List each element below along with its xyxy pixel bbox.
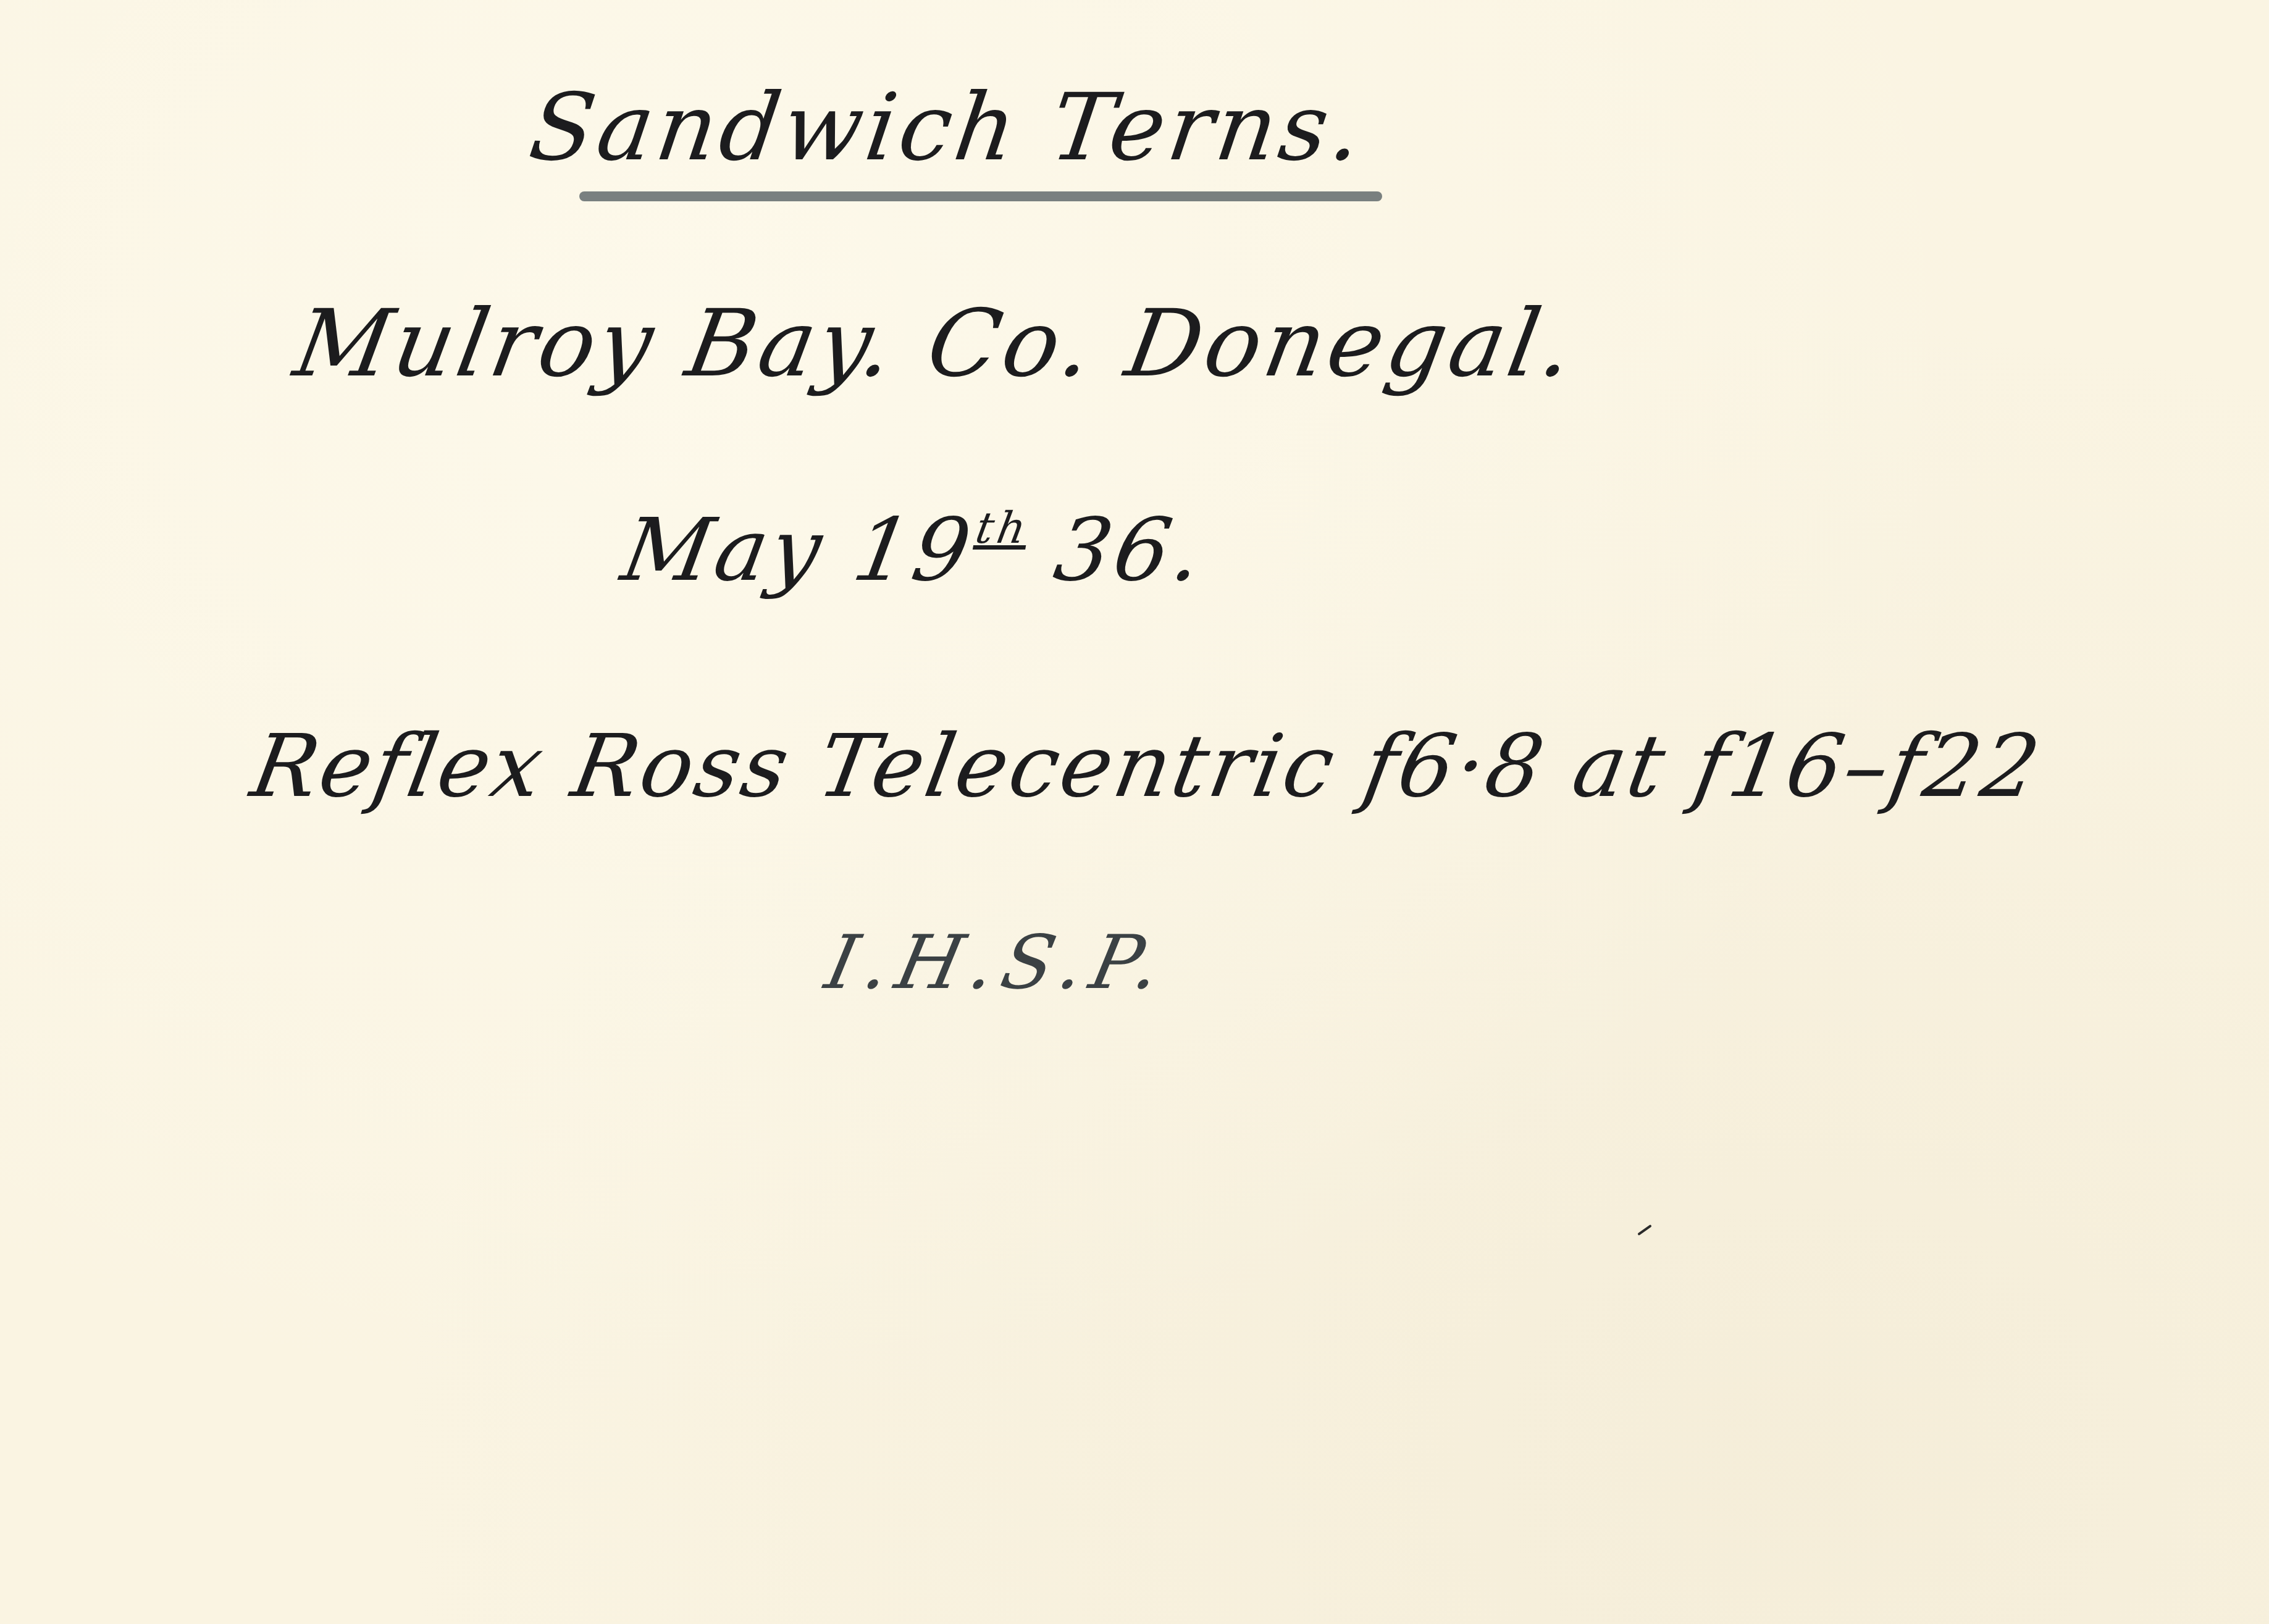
- location-text: Mulroy Bay. Co. Donegal.: [287, 290, 1585, 398]
- location-line: Mulroy Bay. Co. Donegal.: [287, 290, 1585, 398]
- title-text: Sandwich Terns.: [524, 74, 1372, 182]
- equipment-line: Reflex Ross Telecentric f6·8 at f16–f22: [245, 716, 2049, 817]
- date-day-suffix: th: [972, 503, 1034, 553]
- date-line: May 19th 36.: [615, 500, 1214, 601]
- date-year: 36.: [1047, 500, 1214, 601]
- date-month: May: [615, 500, 833, 601]
- initials-line: I.H.S.P.: [818, 920, 1177, 1006]
- ink-mark: [1637, 1224, 1652, 1236]
- date-day: 19: [846, 500, 981, 601]
- initials-text: I.H.S.P.: [818, 920, 1177, 1006]
- equipment-text: Reflex Ross Telecentric f6·8 at f16–f22: [245, 716, 2049, 817]
- title: Sandwich Terns.: [524, 74, 1372, 182]
- caption-card: Sandwich Terns. Mulroy Bay. Co. Donegal.…: [0, 0, 2269, 1624]
- title-underline: [579, 191, 1382, 201]
